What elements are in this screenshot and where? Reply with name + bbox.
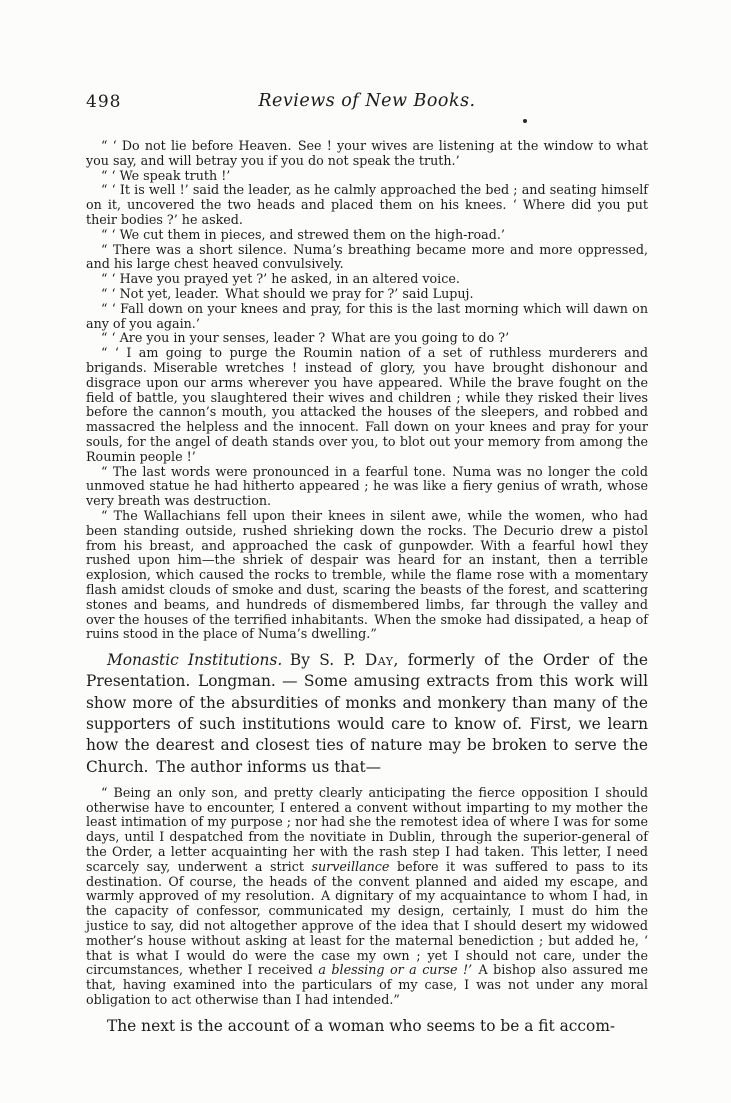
text-run: “ ‘ Have you prayed yet ?’ he asked, in … (101, 271, 460, 286)
book-page: 498 Reviews of New Books. “ ‘ Do not lie… (0, 0, 731, 1103)
paragraph: “ ‘ Fall down on your knees and pray, fo… (86, 302, 648, 332)
italic-run: a blessing or a curse !’ (318, 962, 472, 977)
paragraph: “ ‘ It is well !’ said the leader, as he… (86, 183, 648, 227)
paragraph: Monastic Institutions. By S. P. Day, for… (86, 650, 648, 778)
page-number: 498 (86, 92, 121, 112)
smallcaps-run: Day (365, 651, 394, 669)
paragraph: “ ‘ Have you prayed yet ?’ he asked, in … (86, 272, 648, 287)
text-run: “ ‘ I am going to purge the Roumin natio… (86, 345, 648, 464)
text-run: “ ‘ Do not lie before Heaven. See ! your… (86, 138, 648, 168)
paragraph: “ ‘ I am going to purge the Roumin natio… (86, 346, 648, 464)
paragraph: “ ‘ Do not lie before Heaven. See ! your… (86, 139, 648, 169)
print-speck (523, 119, 527, 123)
review-monastic-institutions: Monastic Institutions. By S. P. Day, for… (86, 650, 648, 778)
paragraph: “ ‘ Are you in your senses, leader ? Wha… (86, 331, 648, 346)
transition-paragraph: The next is the account of a woman who s… (86, 1016, 648, 1037)
text-run: “ ‘ We speak truth !’ (101, 168, 230, 183)
paragraph: “ ‘ We cut them in pieces, and strewed t… (86, 228, 648, 243)
text-run: , formerly of the Order of the Presentat… (86, 651, 648, 775)
extract-convent-escape: “ Being an only son, and pretty clearly … (86, 786, 648, 1008)
text-run: “ The Wallachians fell upon their knees … (86, 508, 648, 641)
text-run: By S. P. (282, 651, 365, 669)
paragraph: The next is the account of a woman who s… (86, 1016, 648, 1037)
text-run: “ ‘ Not yet, leader. What should we pray… (101, 286, 474, 301)
paragraph: “ The Wallachians fell upon their knees … (86, 509, 648, 642)
paragraph: “ Being an only son, and pretty clearly … (86, 786, 648, 1008)
paragraph: “ ‘ We speak truth !’ (86, 169, 648, 184)
text-run: “ ‘ Fall down on your knees and pray, fo… (86, 301, 648, 331)
paragraph: “ ‘ Not yet, leader. What should we pray… (86, 287, 648, 302)
page-header: 498 Reviews of New Books. (86, 91, 648, 115)
text-run: before it was suffered to pass to its de… (86, 859, 648, 978)
italic-run: surveillance (311, 859, 389, 874)
text-run: “ The last words were pronounced in a fe… (86, 464, 648, 509)
italic-run: Monastic Institutions. (107, 651, 282, 669)
text-run: “ There was a short silence. Numa’s brea… (86, 242, 648, 272)
paragraph: “ There was a short silence. Numa’s brea… (86, 243, 648, 273)
paragraph: “ The last words were pronounced in a fe… (86, 465, 648, 509)
text-run: The next is the account of a woman who s… (107, 1017, 615, 1035)
text-run: “ ‘ Are you in your senses, leader ? Wha… (101, 330, 509, 345)
extract-numa-dialogue: “ ‘ Do not lie before Heaven. See ! your… (86, 139, 648, 642)
text-run: “ ‘ We cut them in pieces, and strewed t… (101, 227, 505, 242)
page-body: “ ‘ Do not lie before Heaven. See ! your… (86, 139, 648, 1037)
text-run: “ ‘ It is well !’ said the leader, as he… (86, 182, 648, 227)
running-title: Reviews of New Books. (86, 91, 648, 111)
